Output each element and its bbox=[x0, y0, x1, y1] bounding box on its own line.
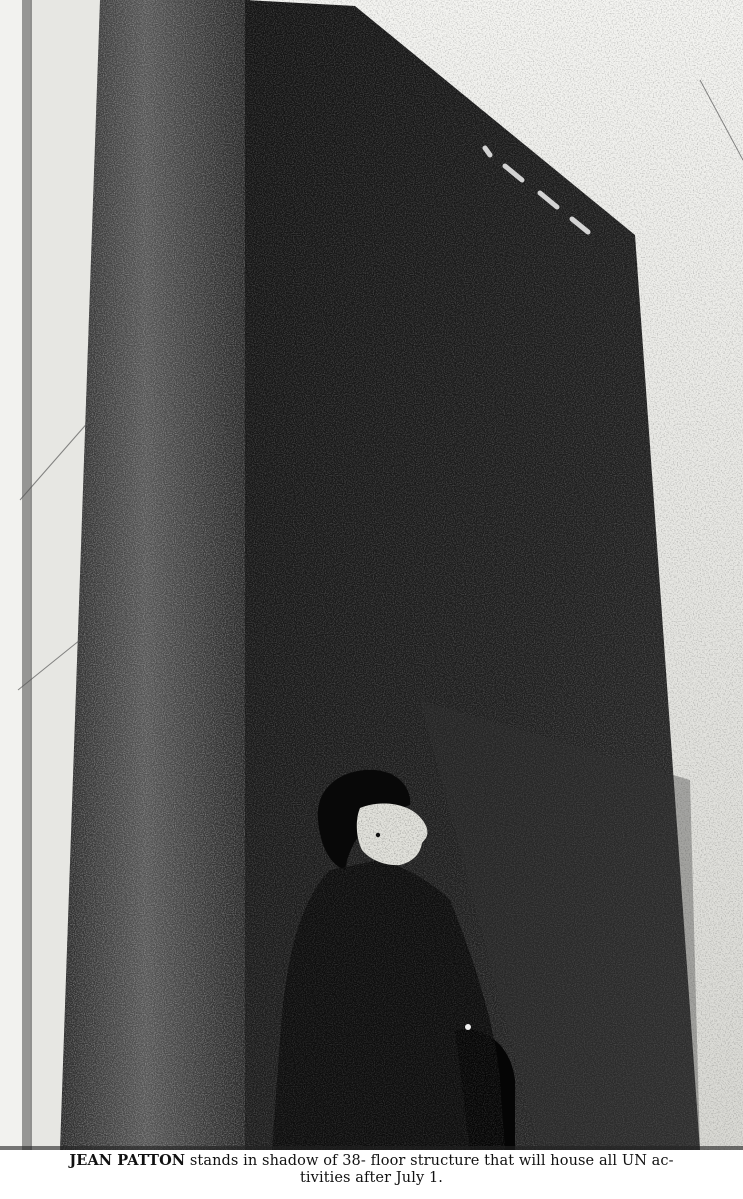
photo-caption: JEAN PATTON stands in shadow of 38- floo… bbox=[0, 1152, 743, 1187]
caption-line-2: tivities after July 1. bbox=[0, 1170, 743, 1187]
caption-line-1: JEAN PATTON stands in shadow of 38- floo… bbox=[0, 1152, 743, 1170]
building-photo-illustration bbox=[0, 0, 743, 1150]
caption-text: stands in shadow of 38- floor structure … bbox=[185, 1153, 673, 1169]
news-photo bbox=[0, 0, 743, 1150]
caption-subject-name: JEAN PATTON bbox=[69, 1152, 185, 1169]
